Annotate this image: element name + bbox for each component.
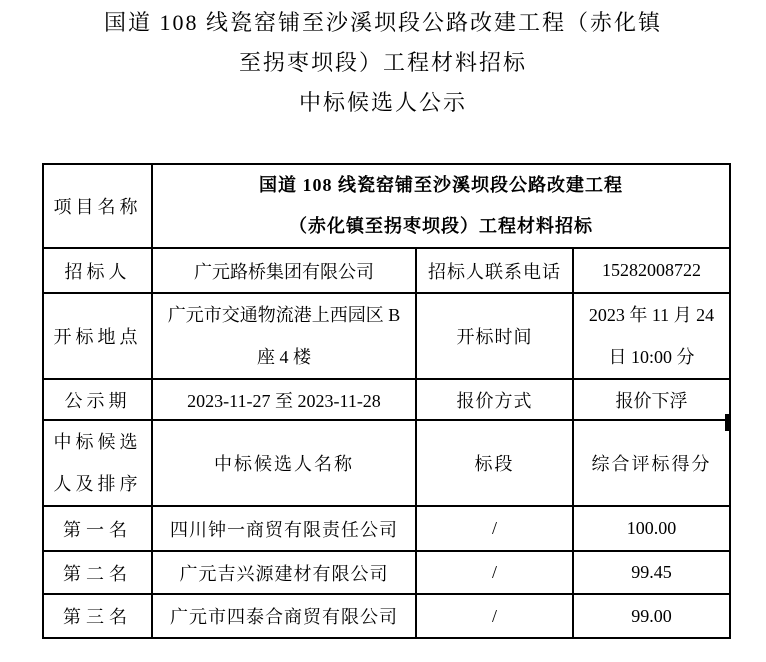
candidate-3-name: 广元市四泰合商贸有限公司 bbox=[152, 594, 416, 638]
candidate-2-section: / bbox=[416, 551, 573, 594]
candidate-name-column-header: 中标候选人名称 bbox=[152, 420, 416, 506]
publicity-label: 公示期 bbox=[43, 379, 152, 420]
candidate-2-name: 广元吉兴源建材有限公司 bbox=[152, 551, 416, 594]
candidate-row-3: 第三名 广元市四泰合商贸有限公司 / 99.00 bbox=[43, 594, 730, 638]
bidder-phone-value: 15282008722 bbox=[573, 248, 730, 293]
row-project-name: 项目名称 国道 108 线瓷窑铺至沙溪坝段公路改建工程 （赤化镇至拐枣坝段）工程… bbox=[43, 164, 730, 248]
candidate-1-name: 四川钟一商贸有限责任公司 bbox=[152, 506, 416, 551]
candidate-2-score: 99.45 bbox=[573, 551, 730, 594]
bidder-value: 广元路桥集团有限公司 bbox=[152, 248, 416, 293]
title-line-1: 国道 108 线瓷窑铺至沙溪坝段公路改建工程（赤化镇 bbox=[0, 3, 766, 43]
row-bidder: 招标人 广元路桥集团有限公司 招标人联系电话 15282008722 bbox=[43, 248, 730, 293]
row-publicity-period: 公示期 2023-11-27 至 2023-11-28 报价方式 报价下浮 bbox=[43, 379, 730, 420]
opening-time-value: 2023 年 11 月 24 日 10:00 分 bbox=[573, 293, 730, 379]
quote-method-label: 报价方式 bbox=[416, 379, 573, 420]
announcement-table: 项目名称 国道 108 线瓷窑铺至沙溪坝段公路改建工程 （赤化镇至拐枣坝段）工程… bbox=[42, 163, 731, 639]
candidate-row-1: 第一名 四川钟一商贸有限责任公司 / 100.00 bbox=[43, 506, 730, 551]
opening-time-label: 开标时间 bbox=[416, 293, 573, 379]
title-line-2: 至拐枣坝段）工程材料招标 bbox=[0, 43, 766, 83]
opening-place-label: 开标地点 bbox=[43, 293, 152, 379]
candidate-row-2: 第二名 广元吉兴源建材有限公司 / 99.45 bbox=[43, 551, 730, 594]
project-name-value: 国道 108 线瓷窑铺至沙溪坝段公路改建工程 （赤化镇至拐枣坝段）工程材料招标 bbox=[152, 164, 730, 248]
quote-method-value: 报价下浮 bbox=[573, 379, 730, 420]
candidate-3-section: / bbox=[416, 594, 573, 638]
title-line-3: 中标候选人公示 bbox=[0, 83, 766, 123]
opening-place-value: 广元市交通物流港上西园区 B 座 4 楼 bbox=[152, 293, 416, 379]
text-cursor-artifact bbox=[725, 414, 729, 431]
row-candidate-header: 中标候选 人及排序 中标候选人名称 标段 综合评标得分 bbox=[43, 420, 730, 506]
document-title: 国道 108 线瓷窑铺至沙溪坝段公路改建工程（赤化镇 至拐枣坝段）工程材料招标 … bbox=[0, 0, 766, 123]
project-name-label: 项目名称 bbox=[43, 164, 152, 248]
score-column-header: 综合评标得分 bbox=[573, 420, 730, 506]
candidate-1-score: 100.00 bbox=[573, 506, 730, 551]
candidate-order-label: 中标候选 人及排序 bbox=[43, 420, 152, 506]
bidder-label: 招标人 bbox=[43, 248, 152, 293]
candidate-3-score: 99.00 bbox=[573, 594, 730, 638]
row-bid-opening: 开标地点 广元市交通物流港上西园区 B 座 4 楼 开标时间 2023 年 11… bbox=[43, 293, 730, 379]
candidate-1-rank: 第一名 bbox=[43, 506, 152, 551]
section-column-header: 标段 bbox=[416, 420, 573, 506]
publicity-value: 2023-11-27 至 2023-11-28 bbox=[152, 379, 416, 420]
bidder-phone-label: 招标人联系电话 bbox=[416, 248, 573, 293]
candidate-3-rank: 第三名 bbox=[43, 594, 152, 638]
candidate-2-rank: 第二名 bbox=[43, 551, 152, 594]
candidate-1-section: / bbox=[416, 506, 573, 551]
